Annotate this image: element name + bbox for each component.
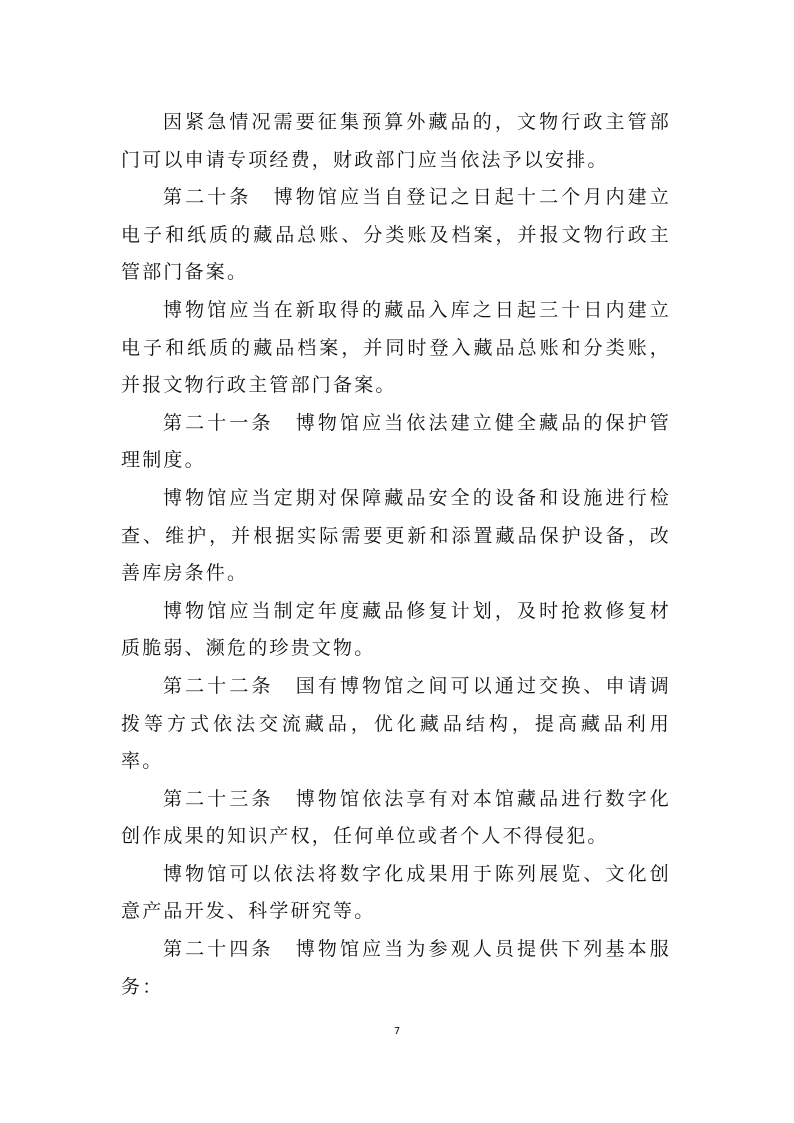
paragraph-article-24: 第二十四条 博物馆应当为参观人员提供下列基本服务： bbox=[121, 931, 671, 1006]
paragraph-article-21-equipment: 博物馆应当定期对保障藏品安全的设备和设施进行检查、维护，并根据实际需要更新和添置… bbox=[121, 480, 671, 593]
page-number: 7 bbox=[0, 1026, 794, 1037]
document-body: 因紧急情况需要征集预算外藏品的，文物行政主管部门可以申请专项经费，财政部门应当依… bbox=[121, 104, 671, 1006]
paragraph-article-20-new-acquisitions: 博物馆应当在新取得的藏品入库之日起三十日内建立电子和纸质的藏品档案，并同时登入藏… bbox=[121, 292, 671, 405]
paragraph-article-23: 第二十三条 博物馆依法享有对本馆藏品进行数字化创作成果的知识产权，任何单位或者个… bbox=[121, 781, 671, 856]
paragraph-article-20: 第二十条 博物馆应当自登记之日起十二个月内建立电子和纸质的藏品总账、分类账及档案… bbox=[121, 179, 671, 292]
paragraph-article-21: 第二十一条 博物馆应当依法建立健全藏品的保护管理制度。 bbox=[121, 405, 671, 480]
paragraph-emergency-collection-funding: 因紧急情况需要征集预算外藏品的，文物行政主管部门可以申请专项经费，财政部门应当依… bbox=[121, 104, 671, 179]
paragraph-article-22: 第二十二条 国有博物馆之间可以通过交换、申请调拨等方式依法交流藏品，优化藏品结构… bbox=[121, 668, 671, 781]
paragraph-article-23-digital-use: 博物馆可以依法将数字化成果用于陈列展览、文化创意产品开发、科学研究等。 bbox=[121, 856, 671, 931]
document-page: 因紧急情况需要征集预算外藏品的，文物行政主管部门可以申请专项经费，财政部门应当依… bbox=[0, 0, 794, 1123]
paragraph-article-21-restoration: 博物馆应当制定年度藏品修复计划，及时抢救修复材质脆弱、濒危的珍贵文物。 bbox=[121, 593, 671, 668]
